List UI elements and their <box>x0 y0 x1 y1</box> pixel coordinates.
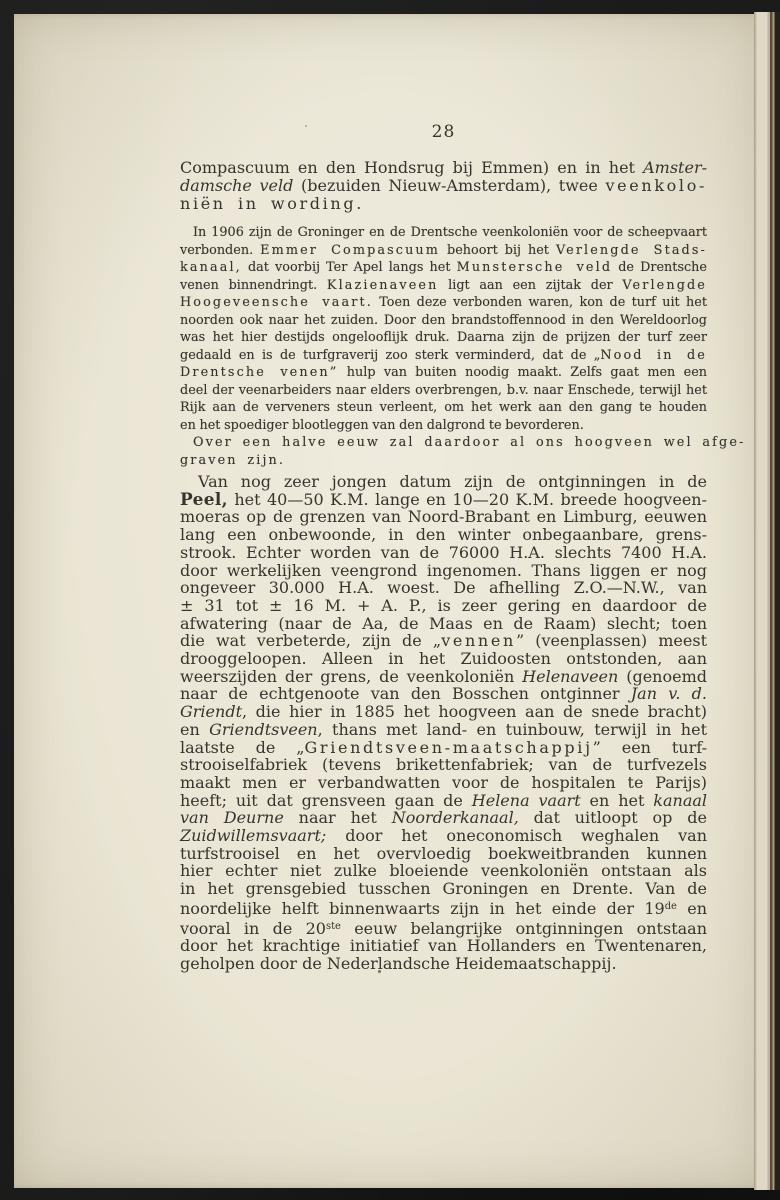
text-line: verbonden. Emmer Compascuum behoort bij … <box>180 242 707 260</box>
text-segment: hier echter niet zulke bloeiende veenkol… <box>180 861 707 880</box>
text-segment: kanaal, <box>180 260 242 275</box>
text-line: die wat verbeterde, zijn de „vennen” (ve… <box>180 632 707 650</box>
text-segment: damsche veld <box>180 176 301 195</box>
text-line: Compascuum en den Hondsrug bij Emmen) en… <box>180 159 707 177</box>
text-line: kanaal, dat voorbij Ter Apel langs het M… <box>180 259 707 277</box>
page-edge-strip <box>754 12 780 1190</box>
text-line: Peel, het 40—50 K.M. lange en 10—20 K.M.… <box>180 491 707 509</box>
text-segment: die wat verbeterde, zijn de „ <box>180 631 441 650</box>
text-line: was het hier destijds ongelooflijk druk.… <box>180 329 707 347</box>
text-line: graven zijn. <box>180 452 707 470</box>
text-segment: noorden ook naar het zuiden. Door den br… <box>180 313 707 328</box>
text-segment: moeras op de grenzen van Noord-Brabant e… <box>180 507 707 526</box>
text-line: gedaald en is de turfgraverij zoo sterk … <box>180 347 707 365</box>
text-segment: (bezuiden Nieuw-Amsterdam), twee <box>301 176 605 195</box>
text-line: niën in wording. <box>180 195 707 213</box>
text-line: naar de echtgenoote van den Bosschen ont… <box>180 685 707 703</box>
text-segment: vennen <box>441 631 516 650</box>
text-line: noordelijke helft binnenwaarts zijn in h… <box>180 898 707 918</box>
text-segment: en het <box>581 791 654 810</box>
text-line: afwatering (naar de Aa, de Maas en de Ra… <box>180 615 707 633</box>
paper-speck <box>305 125 307 127</box>
text-segment: naar het <box>284 808 392 827</box>
text-segment: ± 31 tot ± 16 M. + A. P., is zeer gering… <box>180 596 707 615</box>
text-line: door het krachtige initiatief van Hollan… <box>180 937 707 955</box>
text-segment: Emmer Compascuum <box>260 243 440 258</box>
text-segment: ” (veenplassen) meest <box>516 631 707 650</box>
text-segment: Compascuum en den Hondsrug bij Emmen) en… <box>180 158 643 177</box>
text-line: Drentsche venen” hulp van buiten noodig … <box>180 364 707 382</box>
text-segment: Jan v. d. <box>631 684 707 703</box>
text-line: hier echter niet zulke bloeiende veenkol… <box>180 862 707 880</box>
text-segment: dat uitloopt op de <box>519 808 707 827</box>
text-segment: Verlengde <box>622 278 707 293</box>
text-segment: Drentsche venen” <box>180 365 338 380</box>
text-segment: Zuidwillemsvaart; <box>180 826 326 845</box>
text-segment: geholpen door de Nederlandsche Heidemaat… <box>180 954 617 973</box>
text-segment: van Deurne <box>180 808 284 827</box>
text-segment: ligt aan een zijtak der <box>438 278 622 293</box>
text-segment: Noorderkanaal, <box>392 808 519 827</box>
text-segment: veenkolo- <box>605 176 707 195</box>
text-segment: weerszijden der grens, de veenkoloniën <box>180 667 522 686</box>
text-segment: ste <box>326 921 341 932</box>
text-segment: Klazienaveen <box>327 278 439 293</box>
text-line: ongeveer 30.000 H.A. woest. De afhelling… <box>180 579 707 597</box>
text-segment: eeuw belangrijke ontginningen ontstaan <box>341 918 707 937</box>
text-segment: , die hier in 1885 het hoogveen aan de s… <box>242 702 707 721</box>
scan-backdrop: { "colors": { "paper": "#e9e4d2", "ink":… <box>0 0 780 1200</box>
text-segment: naar de echtgenoote van den Bosschen ont… <box>180 684 631 703</box>
text-segment: de <box>665 901 677 912</box>
text-segment: Munstersche veld <box>457 260 613 275</box>
text-segment: en <box>677 899 707 918</box>
text-segment: en het spoediger blootleggen van den dal… <box>180 418 584 433</box>
text-segment: Griendt <box>180 702 242 721</box>
text-line: laatste de „Griendtsveen-maatschappij” e… <box>180 739 707 757</box>
text-line: en het spoediger blootleggen van den dal… <box>180 417 707 435</box>
paper-speck <box>378 970 381 973</box>
text-line: weerszijden der grens, de veenkoloniën H… <box>180 668 707 686</box>
text-segment: Nood in de <box>600 348 707 363</box>
text-segment: in het grensgebied tusschen Groningen en… <box>180 879 707 898</box>
text-segment: door werkelijken veengrond ingenomen. Th… <box>180 561 707 580</box>
text-line: heeft; uit dat grensveen gaan de Helena … <box>180 792 707 810</box>
text-line: ± 31 tot ± 16 M. + A. P., is zeer gering… <box>180 597 707 615</box>
text-segment: Helenaveen <box>522 667 618 686</box>
text-segment: Helena vaart <box>472 791 581 810</box>
text-segment: Amster- <box>643 158 707 177</box>
text-segment: gedaald en is de turfgraverij zoo sterk … <box>180 348 600 363</box>
text-column: 28 Compascuum en den Hondsrug bij Emmen)… <box>180 14 707 1188</box>
text-line: Griendt, die hier in 1885 het hoogveen a… <box>180 703 707 721</box>
text-line: Van nog zeer jongen datum zijn de ontgin… <box>180 473 707 491</box>
text-segment: venen binnendringt. <box>180 278 327 293</box>
text-segment: Griendtsveen <box>209 720 317 739</box>
text-line: In 1906 zijn de Groninger en de Drentsch… <box>180 224 707 242</box>
text-segment: verbonden. <box>180 243 260 258</box>
text-segment: niën in wording. <box>180 194 364 213</box>
text-line: Over een halve eeuw zal daardoor al ons … <box>180 434 707 452</box>
text-segment: Van nog zeer jongen datum zijn de ontgin… <box>198 472 707 491</box>
text-segment: ” een turf- <box>593 738 707 757</box>
text-line: door werkelijken veengrond ingenomen. Th… <box>180 562 707 580</box>
fine-print-paragraph: In 1906 zijn de Groninger en de Drentsch… <box>180 224 707 469</box>
intro-paragraph: Compascuum en den Hondsrug bij Emmen) en… <box>180 159 707 213</box>
text-line: Hoogeveensche vaart. Toen deze verbonden… <box>180 294 707 312</box>
text-line: turfstrooisel en het overvloedig boekwei… <box>180 845 707 863</box>
text-line: Zuidwillemsvaart; door het oneconomisch … <box>180 827 707 845</box>
text-segment: en <box>180 720 209 739</box>
text-line: in het grensgebied tusschen Groningen en… <box>180 880 707 898</box>
text-segment: kanaal <box>653 791 707 810</box>
text-segment: hulp van buiten noodig maakt. Zelfs gaat… <box>338 365 707 380</box>
text-line: noorden ook naar het zuiden. Door den br… <box>180 312 707 330</box>
text-line: deel der veenarbeiders naar elders overb… <box>180 382 707 400</box>
text-segment: dat voorbij Ter Apel langs het <box>242 260 457 275</box>
text-segment: (genoemd <box>618 667 707 686</box>
text-segment: lang een onbewoonde, in den winter onbeg… <box>180 525 707 544</box>
text-line: en Griendtsveen, thans met land- en tuin… <box>180 721 707 739</box>
book-page: 28 Compascuum en den Hondsrug bij Emmen)… <box>14 14 762 1188</box>
text-line: vooral in de 20ste eeuw belangrijke ontg… <box>180 918 707 938</box>
text-segment: heeft; uit dat grensveen gaan de <box>180 791 472 810</box>
text-segment: Griendtsveen-maatschappij <box>305 738 593 757</box>
text-line: damsche veld (bezuiden Nieuw-Amsterdam),… <box>180 177 707 195</box>
text-segment: Hoogeveensche vaart. <box>180 295 373 310</box>
text-line: lang een onbewoonde, in den winter onbeg… <box>180 526 707 544</box>
text-segment: was het hier destijds ongelooflijk druk.… <box>180 330 707 345</box>
text-segment: afwatering (naar de Aa, de Maas en de Ra… <box>180 614 707 633</box>
text-segment: Rijk aan de verveners steun verleent, om… <box>180 400 707 415</box>
text-line: drooggeloopen. Alleen in het Zuidoosten … <box>180 650 707 668</box>
text-line: moeras op de grenzen van Noord-Brabant e… <box>180 508 707 526</box>
text-segment: de Drentsche <box>612 260 707 275</box>
text-line: strook. Echter worden van de 76000 H.A. … <box>180 544 707 562</box>
page-number: 28 <box>180 122 707 142</box>
text-segment: door het krachtige initiatief van Hollan… <box>180 936 707 955</box>
text-segment: door het oneconomisch weghalen van <box>326 826 707 845</box>
text-segment: ongeveer 30.000 H.A. woest. De afhelling… <box>180 578 707 597</box>
text-segment: turfstrooisel en het overvloedig boekwei… <box>180 844 707 863</box>
text-segment: maakt men er verbandwatten voor de hospi… <box>180 773 707 792</box>
text-segment: graven zijn. <box>180 453 285 468</box>
text-segment: deel der veenarbeiders naar elders overb… <box>180 383 707 398</box>
text-segment: het 40—50 K.M. lange en 10—20 K.M. breed… <box>228 490 707 509</box>
text-line: venen binnendringt. Klazienaveen ligt aa… <box>180 277 707 295</box>
text-segment: vooral in de 20 <box>180 918 326 937</box>
text-line: maakt men er verbandwatten voor de hospi… <box>180 774 707 792</box>
peel-paragraph: Van nog zeer jongen datum zijn de ontgin… <box>180 473 707 973</box>
text-segment: Over een halve eeuw zal daardoor al ons … <box>193 435 745 450</box>
text-segment: behoort bij het <box>440 243 556 258</box>
text-segment: laatste de „ <box>180 738 305 757</box>
text-segment: noordelijke helft binnenwaarts zijn in h… <box>180 899 665 918</box>
text-segment: , thans met land- en tuinbouw, terwijl i… <box>318 720 707 739</box>
text-segment: strooiselfabriek (tevens brikettenfabrie… <box>180 755 707 774</box>
text-line: geholpen door de Nederlandsche Heidemaat… <box>180 955 707 973</box>
text-segment: drooggeloopen. Alleen in het Zuidoosten … <box>180 649 707 668</box>
text-segment: strook. Echter worden van de 76000 H.A. … <box>180 543 707 562</box>
text-segment: Peel, <box>180 489 228 509</box>
text-line: Rijk aan de verveners steun verleent, om… <box>180 399 707 417</box>
text-line: van Deurne naar het Noorderkanaal, dat u… <box>180 809 707 827</box>
text-segment: In 1906 zijn de Groninger en de Drentsch… <box>193 225 707 240</box>
text-segment: Toen deze verbonden waren, kon de turf u… <box>373 295 707 310</box>
text-line: strooiselfabriek (tevens brikettenfabrie… <box>180 756 707 774</box>
text-segment: Verlengde Stads- <box>556 243 707 258</box>
